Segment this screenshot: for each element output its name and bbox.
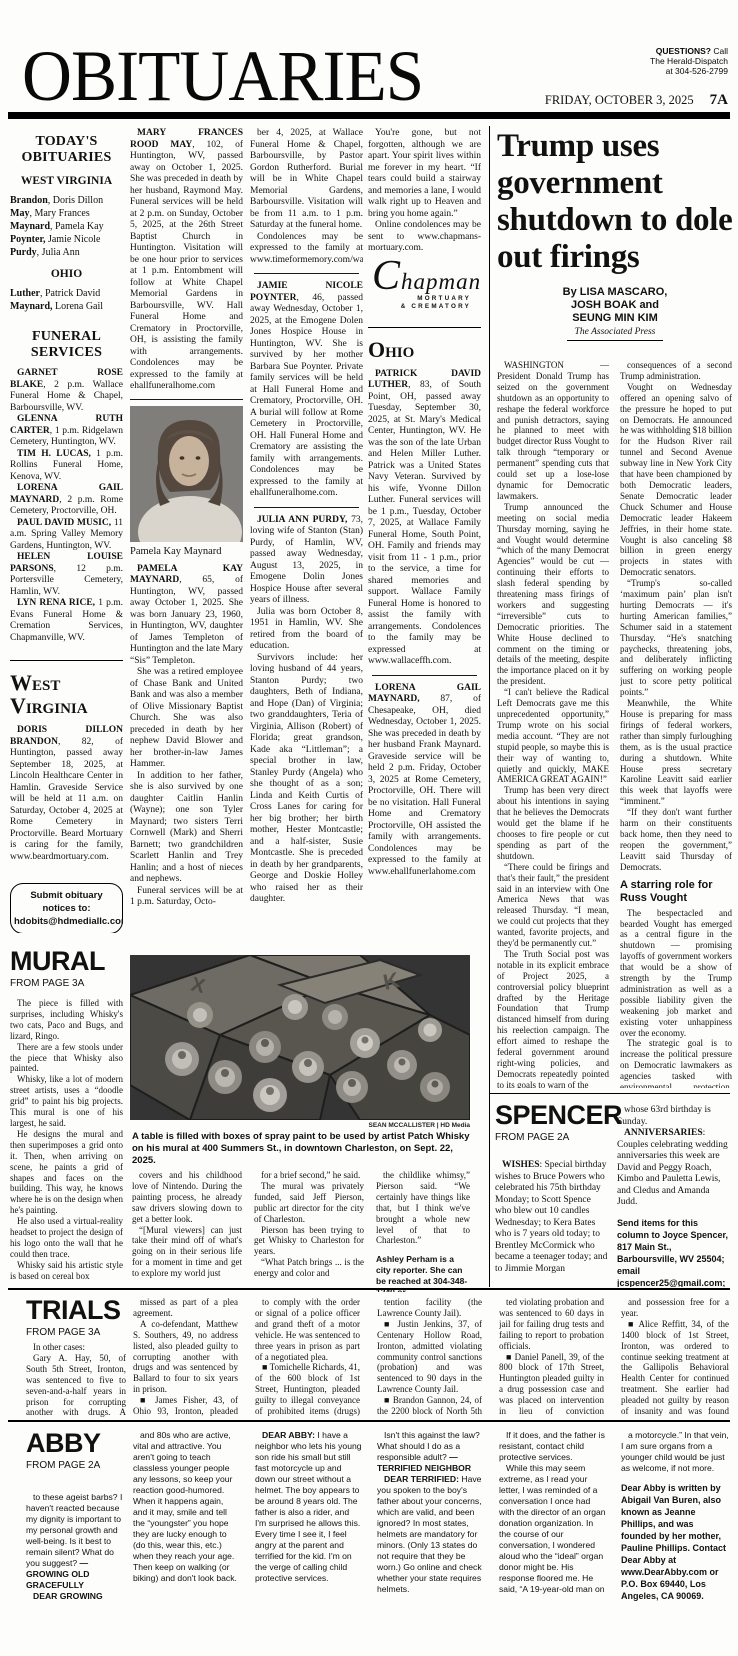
divider [254, 273, 359, 274]
obituary-luther: PATRICK DAVID LUTHER, 83, of South Point… [368, 369, 481, 668]
paragraph: Maynard, Pamela Kay [10, 220, 123, 233]
bold-tail: — GROWING OLD GRACEFULLY [26, 1558, 90, 1590]
bold-lead: GLENNA RUTH CARTER [10, 414, 123, 436]
photo-caption: Pamela Kay Maynard [130, 545, 243, 558]
paragraph: The mural was privately funded, said Jef… [254, 1181, 364, 1225]
bold-lead: HELEN LOUISE PARSONS [10, 552, 123, 574]
paragraph: DEAR TERRIFIED: Have you spoken to the b… [377, 1474, 484, 1595]
paragraph: He designs the mural and then superimpos… [10, 1129, 123, 1216]
obituary-index-column: TODAY'S OBITUARIES WEST VIRGINIA Brandon… [10, 128, 123, 933]
paragraph: ■ Daniel Panell, 39, of the 800 block of… [499, 1352, 604, 1417]
abby-column-3: DEAR ABBY: I have a neighbor who lets hi… [255, 1430, 362, 1605]
bold-lead: JAMIE NICOLE POYNTER [250, 281, 363, 303]
bold-lead: Maynard, [10, 301, 53, 312]
paragraph: WASHINGTON — President Donald Trump has … [497, 360, 609, 502]
spencer-col2-text: whose 63rd birthday is Sunday.ANNIVERSAR… [617, 1105, 732, 1209]
paragraph: MARY FRANCES ROOD MAY, 102, of Huntingto… [130, 128, 243, 393]
paragraph: “[Mural viewers] can just take their min… [132, 1225, 242, 1280]
divider [372, 675, 477, 676]
paragraph: ■ Tomichelle Richards, 41, of the 600 bl… [255, 1362, 360, 1417]
bold-lead: Maynard [10, 221, 50, 232]
trials-column-2: missed as part of a plea agreement.A co-… [133, 1297, 238, 1417]
bold-lead: LORENA GAIL MAYNARD [10, 483, 123, 505]
bold-lead: PATRICK DAVID LUTHER [368, 369, 481, 391]
paragraph: ber 4, 2025, at Wallace Funeral Home & C… [250, 128, 363, 232]
paragraph: PAUL DAVID MUSIC, 11 a.m. Spring Valley … [10, 518, 123, 553]
memorial-poem: You're gone, but not forgotten, although… [368, 128, 481, 255]
spencer-column-2: whose 63rd birthday is Sunday.ANNIVERSAR… [617, 1105, 732, 1287]
trials-column-6: and possession free for a year.■ Alice R… [621, 1297, 729, 1417]
paragraph: missed as part of a plea agreement. [133, 1297, 238, 1319]
paragraph: ■ Justin Jenkins, 37, of Centenary Hollo… [377, 1319, 482, 1395]
bold-lead: Purdy [10, 247, 37, 258]
paragraph: “Trump's so-called ‘maximum pain’ plan i… [620, 578, 732, 698]
trump-colb-bottom: The bespectacled and bearded Vought has … [620, 908, 732, 1088]
page-title: OBITUARIES [22, 40, 423, 112]
paragraph: covers and his childhood love of Nintend… [132, 1170, 242, 1225]
byline-source: The Associated Press [567, 327, 663, 341]
trump-headline: Trump uses government shutdown to dole o… [497, 128, 733, 276]
paragraph: Meanwhile, the White House is preparing … [620, 698, 732, 807]
paragraph: Trump announced the meeting on social me… [497, 502, 609, 687]
spencer-submission-note: Send items for this column to Joyce Spen… [617, 1217, 732, 1288]
paragraph: the childlike whimsy,” Pierson said. “We… [376, 1170, 470, 1246]
bold-lead: May [10, 208, 29, 219]
issue-date: FRIDAY, OCTOBER 3, 2025 [545, 93, 694, 107]
questions-line2: The Herald-Dispatch [568, 56, 728, 66]
abby-from-page: FROM PAGE 2A [26, 1460, 146, 1471]
paragraph: Gary A. Hay, 50, of South 5th Street, Ir… [26, 1353, 126, 1418]
paragraph: Survivors include: her loving husband of… [250, 653, 363, 906]
paragraph: The Truth Social post was notable in its… [497, 949, 609, 1088]
vertical-divider [489, 126, 490, 1287]
questions-rest: Call [711, 46, 728, 56]
trials-from-page: FROM PAGE 3A [26, 1327, 146, 1338]
paragraph: In addition to her father, she is also s… [130, 771, 243, 886]
abby-top-rule [8, 1420, 730, 1422]
submit-email: hdobits@hdmediallc.com [14, 915, 119, 928]
paragraph: TIM H. LUCAS, 1 p.m. Rollins Funeral Hom… [10, 449, 123, 484]
paragraph: Online condolences may be sent to www.ch… [368, 220, 481, 255]
bold-lead: PAMELA KAY MAYNARD [130, 564, 243, 586]
mural-column-3: for a brief second,” he said.The mural w… [254, 1170, 364, 1292]
bold-lead: Brandon [10, 195, 48, 206]
paragraph: to these ageist barbs? I haven't reacted… [26, 1492, 126, 1591]
pamela-maynard-photo [130, 406, 243, 542]
bold-lead: DORIS DILLON BRANDON [10, 725, 123, 747]
paragraph: GLENNA RUTH CARTER, 1 p.m. Ridgelawn Cem… [10, 414, 123, 449]
mural-title: MURAL [10, 948, 123, 975]
bold-lead: PAUL DAVID MUSIC, [17, 518, 111, 528]
paragraph: LORENA GAIL MAYNARD, 2 p.m. Rome Cemeter… [10, 483, 123, 518]
obituary-maynard-lorena: LORENA GAIL MAYNARD, 87, of Chesapeake, … [368, 683, 481, 879]
abby-column-5: If it does, and the father is resistant,… [499, 1430, 606, 1605]
dateline: FRIDAY, OCTOBER 3, 20257A [545, 92, 728, 109]
paragraph: WISHES: Special birthday wishes to Bruce… [495, 1160, 608, 1275]
trump-body-column-b: consequences of a second Trump administr… [620, 360, 732, 1088]
ohio-subheader: OHIO [10, 268, 123, 280]
paragraph: PAMELA KAY MAYNARD, 65, of Huntington, W… [130, 564, 243, 668]
bold-lead: LORENA GAIL MAYNARD, [368, 683, 481, 705]
abby-column-1: to these ageist barbs? I haven't reacted… [26, 1492, 126, 1604]
mural-column-2: covers and his childhood love of Nintend… [132, 1170, 242, 1292]
paragraph: ANNIVERSARIES: Couples celebrating weddi… [617, 1128, 732, 1209]
paragraph: Luther, Patrick David [10, 287, 123, 300]
obituary-purdy: JULIA ANN PURDY, 73, loving wife of Stan… [250, 515, 363, 906]
trials-title: TRIALS [26, 1297, 146, 1324]
abby-signature-note: Dear Abby is written by Abigail Van Bure… [621, 1482, 729, 1602]
reporter-contact-note: Ashley Perham is a city reporter. She ca… [376, 1254, 470, 1292]
obituary-poynter: JAMIE NICOLE POYNTER, 46, passed away We… [250, 281, 363, 500]
photo-credit: SEAN MCCALLISTER | HD Media [130, 1122, 470, 1129]
bold-tail: — TERRIFIED NEIGHBOR [377, 1452, 471, 1473]
trump-subhead: A starring role for Russ Vought [620, 879, 732, 905]
divider [254, 507, 359, 508]
abby-column-2: and 80s who are active, vital and attrac… [133, 1430, 238, 1605]
trials-top-rule [8, 1288, 730, 1290]
obituary-may-continued: ber 4, 2025, at Wallace Funeral Home & C… [250, 128, 363, 266]
wv-obituary-list: Brandon, Doris DillonMay, Mary FrancesMa… [10, 194, 123, 259]
paragraph: ted violating probation and was sentence… [499, 1297, 604, 1352]
paragraph: “If they don't want further harm on thei… [620, 807, 732, 872]
bold-lead: WISHES [502, 1160, 540, 1170]
obituary-may: MARY FRANCES ROOD MAY, 102, of Huntingto… [130, 128, 243, 393]
bold-lead: GARNET ROSE BLAKE [10, 368, 123, 390]
paragraph: Condolences may be expressed to the fami… [250, 232, 363, 267]
paragraph: PATRICK DAVID LUTHER, 83, of South Point… [368, 369, 481, 668]
trials-column-4: tention facility (the Lawrence County Ja… [377, 1297, 482, 1417]
questions-label: QUESTIONS? [656, 46, 711, 56]
bold-lead: Poynter, [10, 234, 45, 245]
page-number: 7A [710, 92, 728, 108]
bold-lead: DEAR TERRIFIED: [384, 1474, 459, 1484]
obituary-column-3: ber 4, 2025, at Wallace Funeral Home & C… [250, 128, 363, 933]
todays-obituaries-title: TODAY'S OBITUARIES [10, 134, 123, 166]
bold-lead: DEAR ABBY: [262, 1430, 315, 1440]
spray-paint-photo-image: K X [130, 955, 470, 1120]
bold-lead: JULIA ANN PURDY, [257, 515, 347, 525]
paragraph: to comply with the order or signal of a … [255, 1297, 360, 1362]
spencer-section-header: SPENCER FROM PAGE 2A [495, 1102, 625, 1143]
obituary-brandon: DORIS DILLON BRANDON, 82, of Huntington,… [10, 725, 123, 863]
paragraph: The piece is filled with surprises, incl… [10, 998, 123, 1042]
chapmans-script-name: Chapman's [372, 263, 481, 295]
paragraph: GARNET ROSE BLAKE, 2 p.m. Wallace Funera… [10, 368, 123, 414]
trials-section-header: TRIALS FROM PAGE 3A [26, 1297, 146, 1338]
paragraph: JULIA ANN PURDY, 73, loving wife of Stan… [250, 515, 363, 607]
paragraph: ■ Alice Reffitt, 34, of the 1400 block o… [621, 1319, 729, 1417]
paragraph: a motorcycle.” In that vein, I am sure o… [621, 1430, 729, 1474]
paragraph: LORENA GAIL MAYNARD, 87, of Chesapeake, … [368, 683, 481, 879]
paragraph: Brandon, Doris Dillon [10, 194, 123, 207]
mural-photo-caption: A table is filled with boxes of spray pa… [132, 1131, 470, 1167]
bold-lead: DEAR GROWING OLD: [26, 1591, 103, 1604]
abby-title: ABBY [26, 1430, 146, 1457]
paragraph: Vought on Wednesday offered an opening s… [620, 382, 732, 578]
questions-line3: at 304-526-2799 [568, 66, 728, 76]
abby-section-header: ABBY FROM PAGE 2A [26, 1430, 146, 1471]
paragraph: “What Patch brings ... is the energy and… [254, 1257, 364, 1279]
bold-lead: TIM H. LUCAS, [17, 449, 91, 459]
mural-from-page: FROM PAGE 3A [10, 978, 123, 989]
trials-column-3: to comply with the order or signal of a … [255, 1297, 360, 1417]
divider [130, 399, 243, 400]
obituary-column-4: You're gone, but not forgotten, although… [368, 128, 481, 933]
paragraph: ■ James Fisher, 43, of Ohio 93, Ironton,… [133, 1395, 238, 1417]
paragraph: Funeral services will be at 1 p.m. Satur… [130, 886, 243, 909]
paragraph: The bespectacled and bearded Vought has … [620, 908, 732, 1039]
paragraph: He also used a virtual-reality headset t… [10, 1216, 123, 1260]
paragraph: ■ Brandon Gannon, 24, of the 2200 block … [377, 1395, 482, 1417]
header-divider-bar [8, 112, 730, 119]
paragraph: DORIS DILLON BRANDON, 82, of Huntington,… [10, 725, 123, 863]
submit-line1: Submit obituary notices to: [14, 889, 119, 915]
trials-column-1: In other cases:Gary A. Hay, 50, of South… [26, 1342, 126, 1418]
paragraph: consequences of a second Trump administr… [620, 360, 732, 382]
paragraph: In other cases: [26, 1342, 126, 1353]
bold-lead: Luther [10, 288, 40, 299]
paragraph: tention facility (the Lawrence County Ja… [377, 1297, 482, 1319]
mural-col4-text: the childlike whimsy,” Pierson said. “We… [376, 1170, 470, 1246]
abby-col6-text: a motorcycle.” In that vein, I am sure o… [621, 1430, 729, 1474]
paragraph: and 80s who are active, vital and attrac… [133, 1430, 238, 1584]
paragraph: Maynard, Lorena Gail [10, 300, 123, 313]
paragraph: Pierson has been trying to get Whisky to… [254, 1225, 364, 1258]
chapmans-crematory-label: & CREMATORY [372, 303, 481, 311]
byline-line3: SEUNG MIN KIM [497, 312, 733, 325]
paragraph: Whisky said his artistic style is based … [10, 1260, 123, 1282]
bold-lead: ANNIVERSARIES [624, 1128, 703, 1138]
trump-body-column-a: WASHINGTON — President Donald Trump has … [497, 360, 609, 1088]
byline-line2: JOSH BOAK and [497, 299, 733, 312]
spencer-column-1: WISHES: Special birthday wishes to Bruce… [495, 1160, 608, 1287]
paragraph: If it does, and the father is resistant,… [499, 1430, 606, 1463]
bold-lead: LYN RENA RICE, [17, 598, 95, 608]
trump-article-header: Trump uses government shutdown to dole o… [497, 128, 733, 341]
bold-lead: MARY FRANCES ROOD MAY [130, 128, 243, 150]
paragraph: “I can't believe the Radical Left Democr… [497, 687, 609, 785]
questions-line1: QUESTIONS? Call [568, 46, 728, 56]
paragraph: The strategic goal is to increase the po… [620, 1038, 732, 1088]
paragraph: Purdy, Julia Ann [10, 246, 123, 259]
state-section-header-wv: West Virginia [10, 660, 123, 725]
paragraph: Trump has been very direct about his int… [497, 785, 609, 861]
paragraph: Poynter, Jamie Nicole [10, 233, 123, 246]
paragraph: May, Mary Frances [10, 207, 123, 220]
questions-note: QUESTIONS? Call The Herald-Dispatch at 3… [568, 46, 728, 76]
spray-paint-photo: K X [130, 955, 470, 1120]
trials-column-5: ted violating probation and was sentence… [499, 1297, 604, 1417]
paragraph: You're gone, but not forgotten, although… [368, 128, 481, 220]
spencer-from-page: FROM PAGE 2A [495, 1132, 625, 1143]
submit-notice-box: Submit obituary notices to: hdobits@hdme… [10, 883, 123, 933]
newspaper-page: OBITUARIES QUESTIONS? Call The Herald-Di… [0, 0, 738, 1656]
paragraph: There are a few stools under the piece t… [10, 1042, 123, 1075]
spencer-top-rule [489, 1093, 730, 1094]
spencer-title: SPENCER [495, 1102, 625, 1129]
west-virginia-subheader: WEST VIRGINIA [10, 175, 123, 187]
mural-column-4: the childlike whimsy,” Pierson said. “We… [376, 1170, 470, 1292]
chapmans-mortuary-logo: Chapman's MORTUARY & CREMATORY [368, 263, 481, 311]
mural-section-header: MURAL FROM PAGE 3A [10, 948, 123, 989]
paragraph: Julia was born October 8, 1951 in Hamlin… [250, 607, 363, 653]
paragraph: whose 63rd birthday is Sunday. [617, 1105, 732, 1128]
paragraph: Whisky, like a lot of modern street arti… [10, 1074, 123, 1129]
paragraph: DEAR ABBY: I have a neighbor who lets hi… [255, 1430, 362, 1584]
abby-column-4: Isn't this against the law? What should … [377, 1430, 484, 1605]
paragraph: HELEN LOUISE PARSONS, 12 p.m. Portersvil… [10, 552, 123, 598]
funeral-services-title: FUNERAL SERVICES [10, 329, 123, 361]
state-section-header-ohio: Ohio [368, 327, 481, 369]
paragraph: DEAR GROWING OLD: At 54, you aren't over… [26, 1591, 126, 1604]
funeral-services-list: GARNET ROSE BLAKE, 2 p.m. Wallace Funera… [10, 368, 123, 644]
obituary-maynard-pamela: PAMELA KAY MAYNARD, 65, of Huntington, W… [130, 564, 243, 909]
paragraph: She was a retired employee of Chase Bank… [130, 667, 243, 771]
obituary-column-2: MARY FRANCES ROOD MAY, 102, of Huntingto… [130, 128, 243, 933]
mural-column-1: The piece is filled with surprises, incl… [10, 998, 123, 1292]
paragraph: “There could be firings and that's their… [497, 862, 609, 949]
byline-line1: By LISA MASCARO, [497, 286, 733, 299]
ohio-obituary-list: Luther, Patrick DavidMaynard, Lorena Gai… [10, 287, 123, 313]
abby-column-6: a motorcycle.” In that vein, I am sure o… [621, 1430, 729, 1605]
paragraph: for a brief second,” he said. [254, 1170, 364, 1181]
paragraph: JAMIE NICOLE POYNTER, 46, passed away We… [250, 281, 363, 500]
paragraph: LYN RENA RICE, 1 p.m. Evans Funeral Home… [10, 598, 123, 644]
paragraph: and possession free for a year. [621, 1297, 729, 1319]
paragraph: While this may seem extreme, as I read y… [499, 1463, 606, 1595]
paragraph: A co-defendant, Matthew S. Southers, 49,… [133, 1319, 238, 1395]
trump-colb-top: consequences of a second Trump administr… [620, 360, 732, 873]
portrait-photo-image [130, 406, 243, 542]
paragraph: Isn't this against the law? What should … [377, 1430, 484, 1474]
